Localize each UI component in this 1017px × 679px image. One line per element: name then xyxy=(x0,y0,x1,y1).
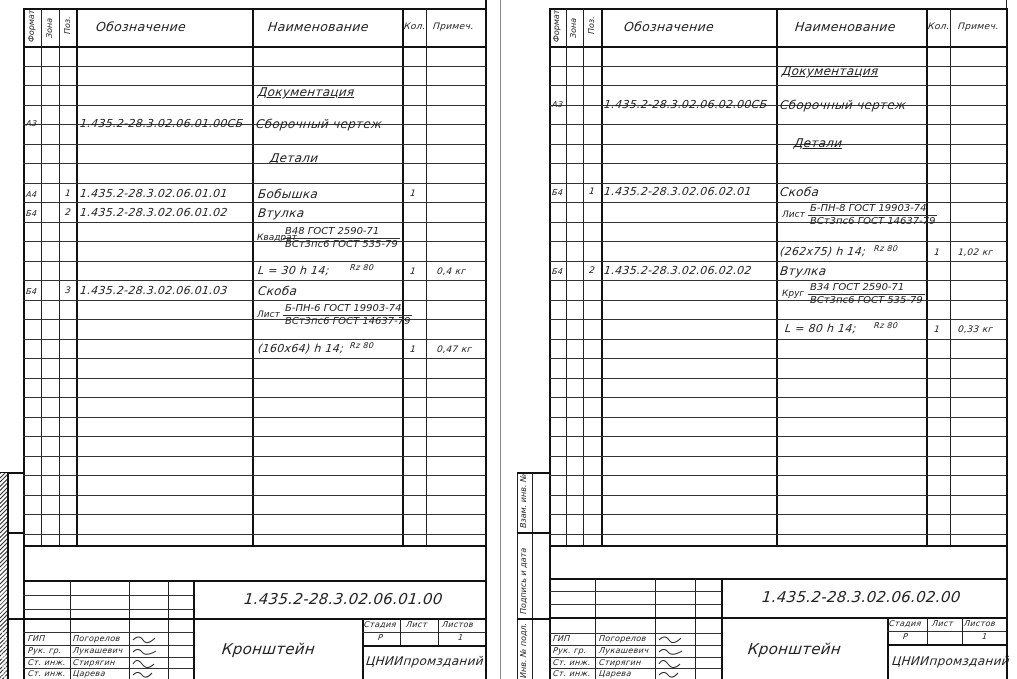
header-pos: Поз. xyxy=(587,16,596,34)
role: ГИП xyxy=(28,634,46,643)
material-label: Квадрат xyxy=(257,233,297,243)
title-product-name: Кронштейн xyxy=(747,640,842,658)
header-format: Формат xyxy=(27,10,36,42)
header-note: Примеч. xyxy=(432,22,474,32)
row-line xyxy=(549,85,1006,86)
col-line xyxy=(76,8,78,545)
stamp-line xyxy=(517,618,549,620)
item-qty: 1 xyxy=(933,248,940,258)
roughness-mark: Rz 80 xyxy=(350,341,375,350)
item-qty: 1 xyxy=(409,189,416,199)
tb-col xyxy=(193,580,195,679)
title-block-top xyxy=(549,578,1006,580)
row-line xyxy=(23,417,485,418)
row-line xyxy=(549,456,1006,457)
title-product-name: Кронштейн xyxy=(221,640,316,658)
signer-name: Погорелов xyxy=(599,634,647,643)
row-line xyxy=(23,183,485,184)
row-line xyxy=(549,436,1006,437)
tb-row xyxy=(549,591,721,592)
table-border-left xyxy=(23,8,25,679)
stage-label: Стадия xyxy=(889,619,922,628)
material-fraction: Квадрат В48 ГОСТ 2590-71 ВСт3пс6 ГОСТ 53… xyxy=(283,226,400,251)
stamp-line xyxy=(517,532,549,534)
roughness-mark: Rz 80 xyxy=(350,263,375,272)
title-doc-number: 1.435.2-28.3.02.06.02.00 xyxy=(761,588,962,606)
row-line xyxy=(23,456,485,457)
row-line xyxy=(549,202,1006,203)
row-line xyxy=(549,358,1006,359)
sheet-label: Лист xyxy=(932,619,954,628)
row-line xyxy=(23,105,485,106)
sheets-value: 1 xyxy=(982,632,988,641)
material-top: Б-ПН-8 ГОСТ 19903-74 xyxy=(808,203,937,216)
stamp-inv-no: Инв. № подл. xyxy=(0,630,8,678)
item-pos: 1 xyxy=(64,189,71,199)
row-line xyxy=(549,514,1006,515)
sheets-label: Листов xyxy=(964,619,997,628)
item-spec: (262x75) h 14; xyxy=(779,245,866,259)
row-line xyxy=(23,358,485,359)
row-line xyxy=(23,241,485,242)
item-designation: 1.435.2-28.3.02.06.01.02 xyxy=(79,206,228,220)
col-line xyxy=(776,8,778,545)
item-format: А4 xyxy=(26,190,38,199)
row-line xyxy=(549,124,1006,125)
item-spec: (160x64) h 14; xyxy=(257,342,344,356)
stage-value: Р xyxy=(903,632,909,641)
role: Ст. инж. xyxy=(28,669,67,678)
tb-row xyxy=(549,604,721,605)
item-format: Б4 xyxy=(26,287,38,296)
row-line xyxy=(549,222,1006,223)
tb-row xyxy=(549,617,1006,619)
item-format: Б4 xyxy=(552,188,564,197)
item-designation: 1.435.2-28.3.02.06.01.03 xyxy=(79,284,228,298)
item-pos: 2 xyxy=(64,208,71,218)
assembly-name: Сборочный чертеж xyxy=(779,98,907,112)
sheet-border xyxy=(1006,8,1008,679)
row-line xyxy=(23,378,485,379)
tb-col xyxy=(655,578,656,679)
role: Рук. гр. xyxy=(553,646,588,655)
material-label: Лист xyxy=(782,210,805,220)
material-bottom: ВСт3пс6 ГОСТ 535-79 xyxy=(283,239,400,251)
row-line xyxy=(23,397,485,398)
signer-name: Царева xyxy=(73,669,106,678)
row-line xyxy=(23,514,485,515)
col-line xyxy=(252,8,254,545)
roughness-mark: Rz 80 xyxy=(874,321,899,330)
table-border-left xyxy=(549,8,551,679)
col-line xyxy=(402,8,404,545)
row-line xyxy=(23,66,485,67)
item-pos: 2 xyxy=(588,266,595,276)
frame-tick xyxy=(1006,0,1007,8)
item-qty: 1 xyxy=(933,325,940,335)
signer-name: Стирягин xyxy=(73,658,116,667)
left-spec-sheet: Формат Зона Поз. Обозначение Наименовани… xyxy=(0,0,500,679)
signatures-icon xyxy=(657,632,694,679)
sheet-label: Лист xyxy=(406,620,428,629)
row-line xyxy=(23,202,485,203)
tb-row xyxy=(362,645,485,647)
item-format: Б4 xyxy=(26,209,38,218)
row-line xyxy=(23,319,485,320)
material-fraction: Лист Б-ПН-6 ГОСТ 19903-74 ВСт3пс6 ГОСТ 1… xyxy=(283,303,412,328)
tb-col xyxy=(695,578,696,679)
tb-col xyxy=(927,617,928,644)
material-fraction: Лист Б-ПН-8 ГОСТ 19903-74 ВСт3пс6 ГОСТ 1… xyxy=(808,203,937,228)
row-line xyxy=(549,105,1006,106)
tb-row xyxy=(549,668,721,669)
tb-row xyxy=(887,631,1006,632)
row-line xyxy=(549,241,1006,242)
col-line xyxy=(926,8,928,545)
row-line xyxy=(549,66,1006,67)
table-border-top xyxy=(549,8,1006,10)
col-line xyxy=(59,8,60,545)
row-line xyxy=(23,495,485,496)
title-block-top xyxy=(23,580,485,582)
row-line xyxy=(23,85,485,86)
organization: ЦНИИпромзданий xyxy=(891,654,1010,668)
item-mass: 0,47 кг xyxy=(436,345,472,355)
stamp-replaced-inv: Взам. инв. № xyxy=(519,474,528,528)
header-qty: Кол. xyxy=(927,22,950,32)
header-format: Формат xyxy=(552,10,561,42)
item-pos: 1 xyxy=(588,187,595,197)
col-line xyxy=(601,8,603,545)
signer-name: Царева xyxy=(599,669,632,678)
item-spec: L = 30 h 14; xyxy=(257,264,330,278)
row-line xyxy=(23,222,485,223)
item-designation: 1.435.2-28.3.02.06.01.01 xyxy=(79,187,228,201)
material-label: Круг xyxy=(782,289,804,299)
role: Ст. инж. xyxy=(553,658,592,667)
col-line xyxy=(41,8,42,545)
assembly-designation: 1.435.2-28.3.02.06.01.00СБ xyxy=(79,117,244,131)
header-zone: Зона xyxy=(45,18,54,38)
stage-value: Р xyxy=(378,633,384,642)
table-bottom xyxy=(549,545,1006,547)
item-name: Скоба xyxy=(257,284,298,298)
material-top: В48 ГОСТ 2590-71 xyxy=(283,226,400,239)
row-line xyxy=(549,534,1006,535)
tb-col xyxy=(721,578,723,679)
signer-name: Стирягин xyxy=(599,658,642,667)
table-border-top xyxy=(23,8,485,10)
material-bottom: ВСт3пс6 ГОСТ 14637-79 xyxy=(283,316,412,328)
role: Ст. инж. xyxy=(28,658,67,667)
role: Рук. гр. xyxy=(28,646,63,655)
item-designation: 1.435.2-28.3.02.06.02.01 xyxy=(603,185,752,199)
header-note: Примеч. xyxy=(957,22,999,32)
stamp-signature-date: Подпись и дата xyxy=(519,548,528,614)
signatures-icon xyxy=(131,632,167,679)
section-documentation: Документация xyxy=(781,64,879,78)
header-name: Наименование xyxy=(267,20,369,34)
sheets-label: Листов xyxy=(442,620,475,629)
tb-col xyxy=(438,618,439,645)
row-line xyxy=(549,280,1006,281)
tb-row xyxy=(887,644,1006,646)
item-mass: 0,33 кг xyxy=(957,325,993,335)
row-line xyxy=(23,300,485,301)
header-qty: Кол. xyxy=(403,22,426,32)
material-fraction: Круг В34 ГОСТ 2590-71 ВСт3пс6 ГОСТ 535-7… xyxy=(808,282,925,307)
stamp-inv-no: Инв. № подл. xyxy=(519,623,528,678)
header-designation: Обозначение xyxy=(623,20,715,34)
row-line xyxy=(23,163,485,164)
item-name: Скоба xyxy=(779,185,820,199)
sheets-value: 1 xyxy=(458,633,464,642)
organization: ЦНИИпромзданий xyxy=(365,654,484,668)
assembly-name: Сборочный чертеж xyxy=(255,117,383,131)
tb-row xyxy=(549,633,721,634)
item-name: Втулка xyxy=(257,206,305,220)
item-designation: 1.435.2-28.3.02.06.02.02 xyxy=(603,264,752,278)
assembly-designation: 1.435.2-28.3.02.06.02.00СБ xyxy=(603,98,768,112)
assembly-format: А3 xyxy=(552,100,564,109)
section-parts: Детали xyxy=(793,136,843,150)
material-bottom: ВСт3пс6 ГОСТ 535-79 xyxy=(808,295,925,307)
header-divider xyxy=(549,46,1006,48)
header-zone: Зона xyxy=(569,18,578,38)
row-line xyxy=(549,495,1006,496)
tb-row xyxy=(23,609,193,610)
row-line xyxy=(549,475,1006,476)
page-divider xyxy=(500,0,501,679)
tb-col xyxy=(887,617,889,679)
row-line xyxy=(23,280,485,281)
row-line xyxy=(23,475,485,476)
row-line xyxy=(549,339,1006,340)
col-line xyxy=(950,8,951,545)
tb-row xyxy=(549,645,721,646)
row-line xyxy=(549,163,1006,164)
tb-row xyxy=(23,632,193,633)
stage-label: Стадия xyxy=(364,620,397,629)
item-format: Б4 xyxy=(552,267,564,276)
sheet-border xyxy=(485,0,487,679)
header-designation: Обозначение xyxy=(95,20,187,34)
material-top: Б-ПН-6 ГОСТ 19903-74 xyxy=(283,303,412,316)
role: Ст. инж. xyxy=(553,669,592,678)
item-qty: 1 xyxy=(409,345,416,355)
table-bottom xyxy=(23,545,485,547)
row-line xyxy=(549,319,1006,320)
section-documentation: Документация xyxy=(257,85,355,99)
material-top: В34 ГОСТ 2590-71 xyxy=(808,282,925,295)
row-line xyxy=(549,397,1006,398)
role: ГИП xyxy=(553,634,571,643)
stamp-line xyxy=(517,472,549,474)
tb-col xyxy=(962,617,963,644)
signer-name: Лукашевич xyxy=(599,646,650,655)
material-bottom: ВСт3пс6 ГОСТ 14637-79 xyxy=(808,216,937,228)
row-line xyxy=(23,534,485,535)
row-line xyxy=(23,261,485,262)
assembly-format: А3 xyxy=(26,119,38,128)
roughness-mark: Rz 80 xyxy=(874,244,899,253)
item-pos: 3 xyxy=(64,286,71,296)
header-pos: Поз. xyxy=(63,16,72,34)
col-line xyxy=(426,8,427,545)
tb-col xyxy=(400,618,401,645)
section-parts: Детали xyxy=(269,151,319,165)
item-spec: L = 80 h 14; xyxy=(784,322,857,336)
row-line xyxy=(23,436,485,437)
row-line xyxy=(549,261,1006,262)
material-label: Лист xyxy=(257,310,280,320)
tb-row xyxy=(549,657,721,658)
col-line xyxy=(566,8,567,545)
item-mass: 0,4 кг xyxy=(436,267,466,277)
tb-col xyxy=(595,578,596,679)
item-name: Бобышка xyxy=(257,187,319,201)
header-name: Наименование xyxy=(794,20,896,34)
tb-row xyxy=(23,595,193,596)
item-name: Втулка xyxy=(779,264,827,278)
row-line xyxy=(23,144,485,145)
item-mass: 1,02 кг xyxy=(957,248,993,258)
row-line xyxy=(549,300,1006,301)
signer-name: Погорелов xyxy=(73,634,121,643)
row-line xyxy=(549,378,1006,379)
row-line xyxy=(23,339,485,340)
row-line xyxy=(549,183,1006,184)
header-divider xyxy=(23,46,485,48)
side-stamp-strip xyxy=(517,472,533,679)
item-qty: 1 xyxy=(409,267,416,277)
signer-name: Лукашевич xyxy=(73,646,124,655)
col-line xyxy=(583,8,584,545)
title-doc-number: 1.435.2-28.3.02.06.01.00 xyxy=(243,590,444,608)
row-line xyxy=(549,144,1006,145)
row-line xyxy=(549,417,1006,418)
